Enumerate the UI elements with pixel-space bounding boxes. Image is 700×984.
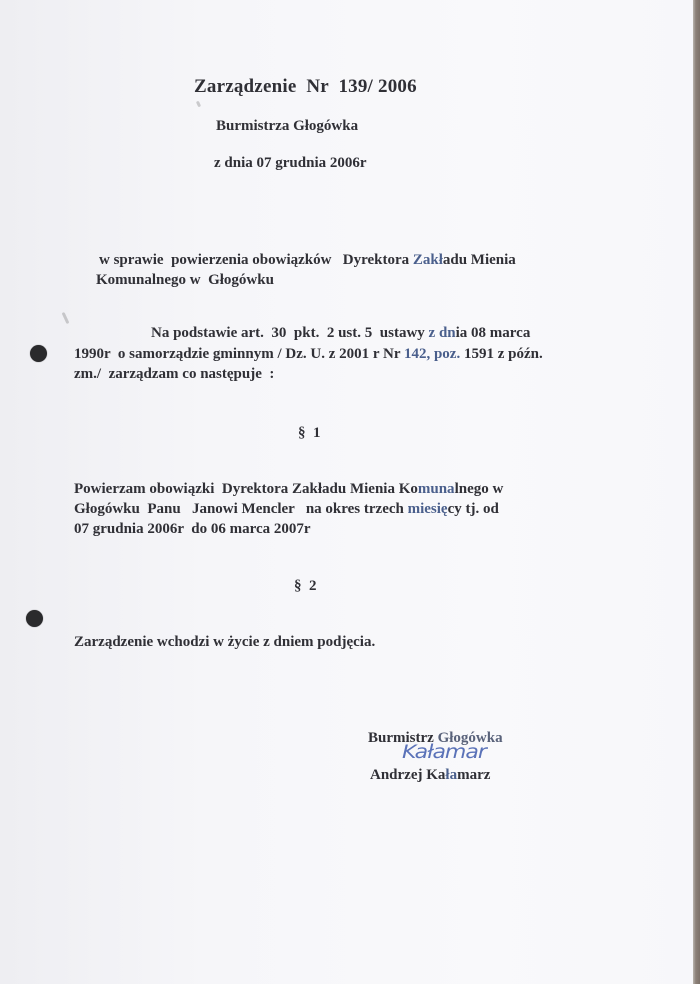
date-line: z dnia 07 grudnia 2006r — [214, 155, 367, 172]
section-1-line-2: Głogówku Panu Janowi Mencler na okres tr… — [74, 499, 499, 520]
document-title: Zarządzenie Nr 139/ 2006 — [194, 76, 417, 98]
handwritten-signature: Kałamar — [402, 742, 486, 763]
signatory-name: Andrzej Kałamarz — [370, 765, 490, 786]
section-2-line-1: Zarządzenie wchodzi w życie z dniem podj… — [74, 632, 375, 653]
issuer-line: Burmistrza Głogówka — [216, 118, 358, 135]
punch-hole-top — [30, 345, 47, 362]
section-1-mark: § 1 — [298, 425, 321, 442]
section-1-line-1: Powierzam obowiązki Dyrektora Zakładu Mi… — [74, 479, 503, 500]
punch-hole-bottom — [26, 610, 43, 627]
legal-basis-line-3: zm./ zarządzam co następuje : — [74, 364, 274, 385]
legal-basis-line-2: 1990r o samorządzie gminnym / Dz. U. z 2… — [74, 344, 543, 365]
scan-edge-shadow — [693, 0, 700, 984]
subject-line-1: w sprawie powierzenia obowiązków Dyrekto… — [99, 250, 516, 271]
section-1-line-3: 07 grudnia 2006r do 06 marca 2007r — [74, 519, 311, 540]
legal-basis-line-1: Na podstawie art. 30 pkt. 2 ust. 5 ustaw… — [151, 323, 530, 344]
section-2-mark: § 2 — [294, 578, 317, 595]
subject-line-2: Komunalnego w Głogówku — [96, 270, 274, 291]
